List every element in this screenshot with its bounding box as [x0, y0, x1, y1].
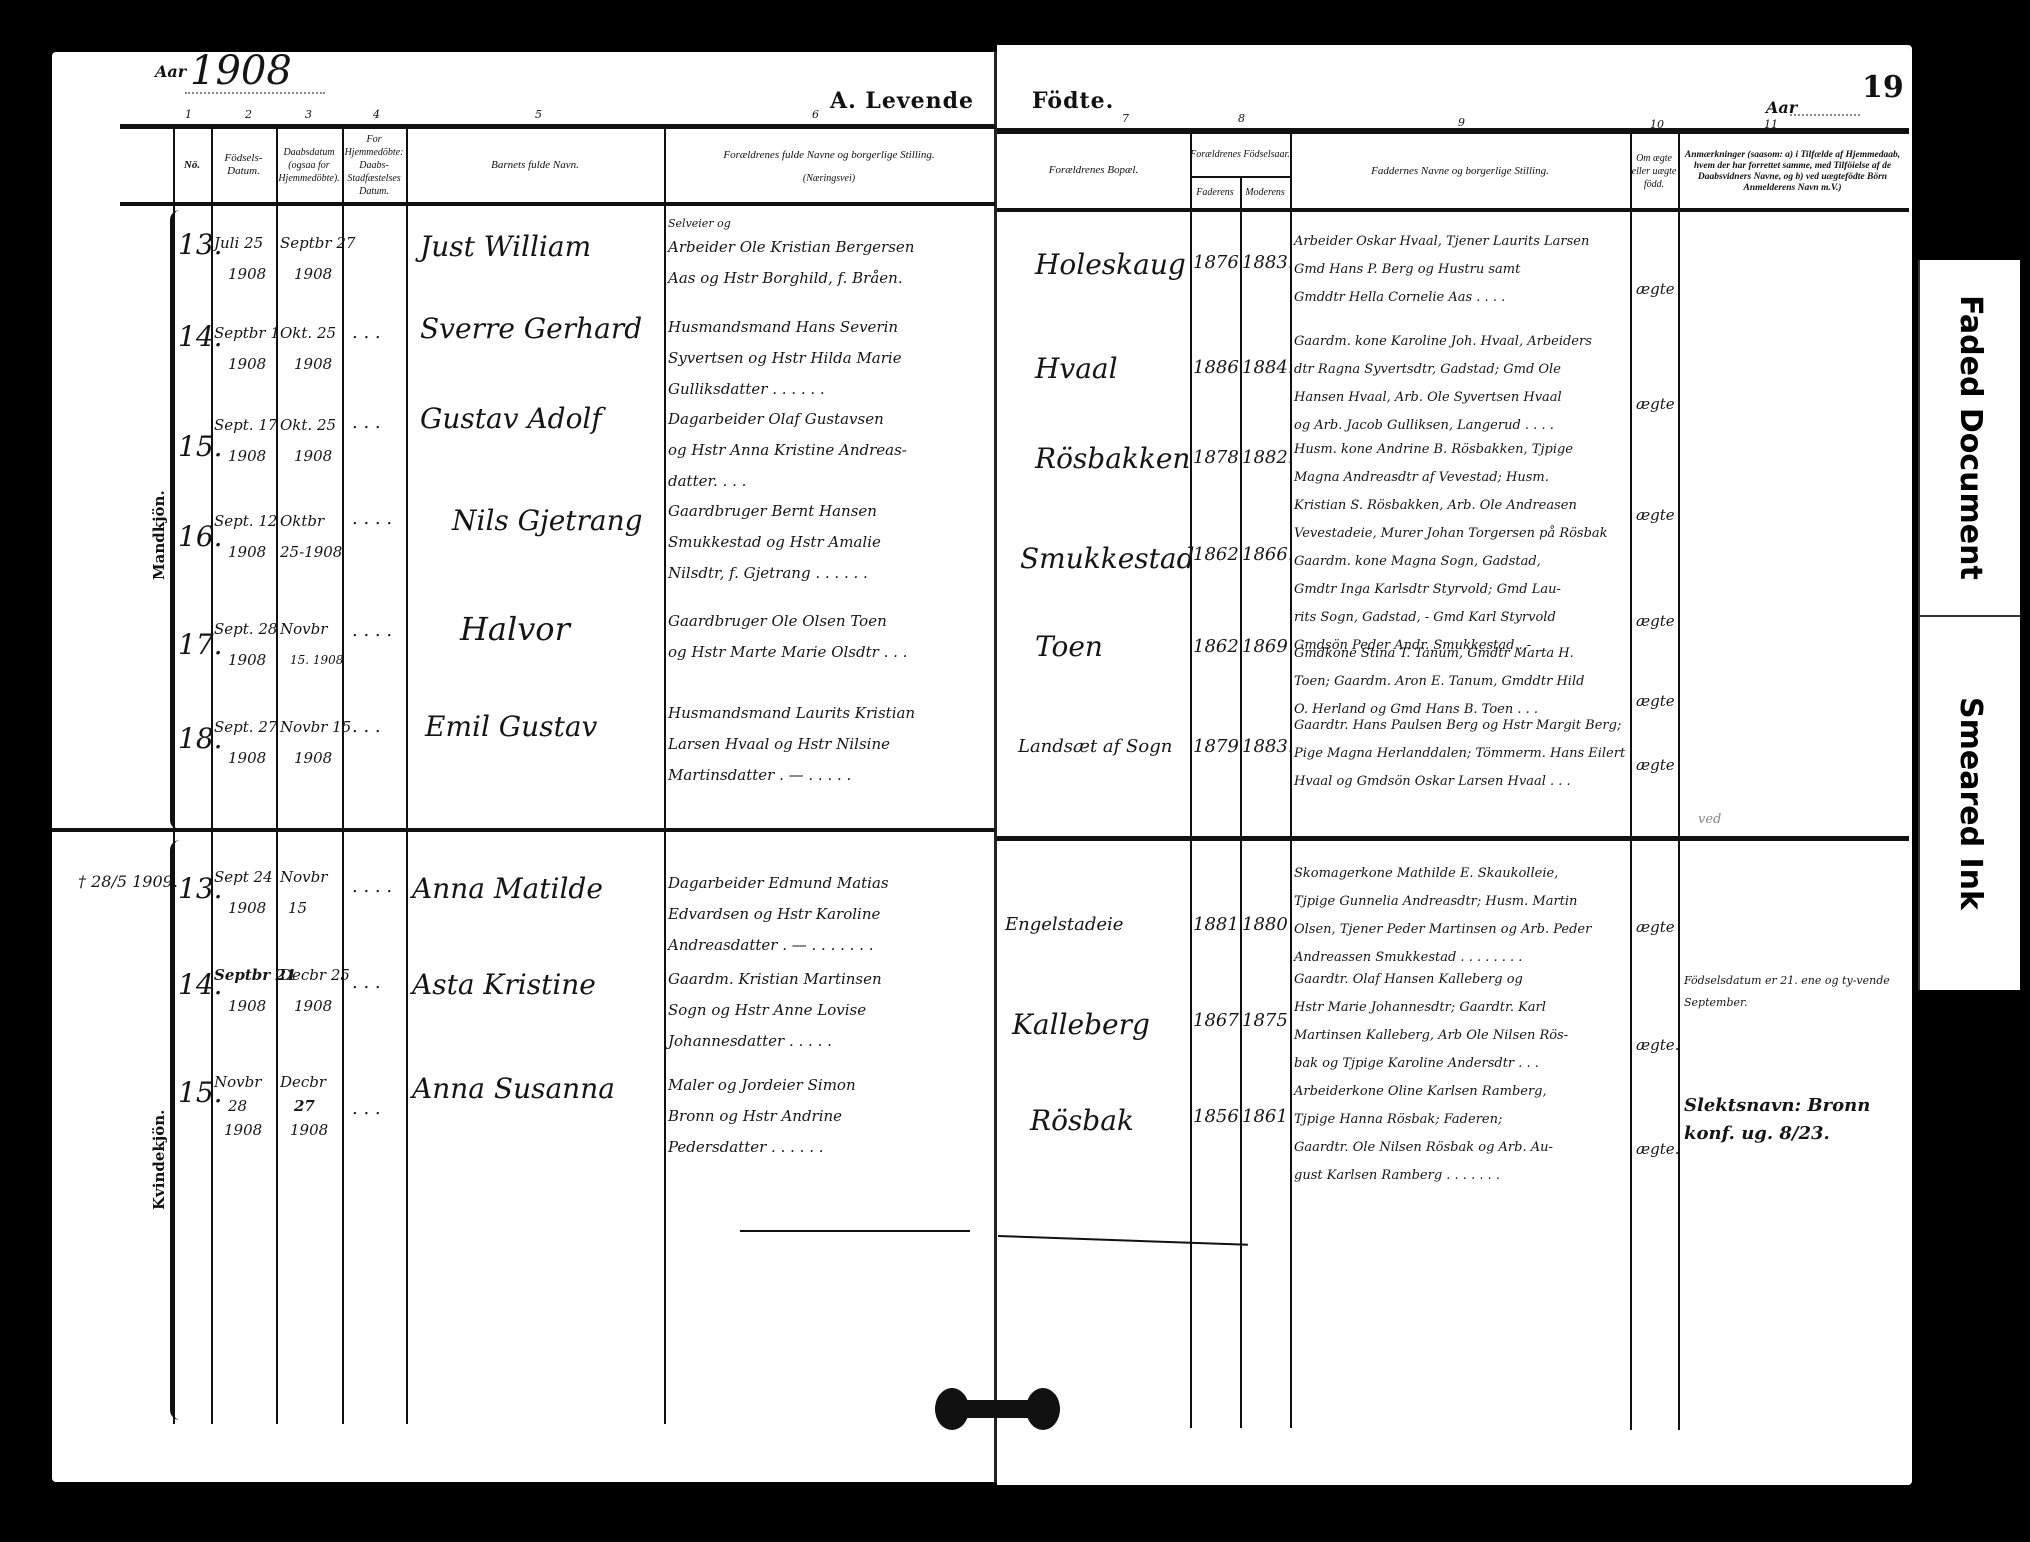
section-label-male: Mandkjön.: [150, 490, 168, 580]
home-baptism-date: . . .: [352, 322, 381, 343]
baptism-date: Okt. 251908: [280, 318, 336, 380]
father-birth-year: 1886: [1193, 357, 1239, 378]
parents: Husmandsmand Hans SeverinSyvertsen og Hs…: [668, 312, 902, 405]
parents: Dagarbeider Edmund MatiasEdvardsen og Hs…: [668, 868, 889, 961]
legitimacy: ægte: [1636, 612, 1675, 630]
death-note: † 28/5 1909.: [78, 872, 178, 891]
page-number: 19: [1862, 70, 1904, 105]
residence: Kalleberg: [1012, 1008, 1150, 1041]
header-remarks: Anmærkninger (saasom: a) i Tilfælde af H…: [1680, 134, 1905, 210]
mother-birth-year: 1882.: [1242, 447, 1294, 468]
home-baptism-date: . . .: [352, 412, 381, 433]
birth-date: Sept. 281908: [214, 614, 277, 676]
residence: Landsæt af Sogn: [1018, 736, 1172, 757]
godparents: Gaardtr. Hans Paulsen Berg og Hstr Margi…: [1294, 712, 1625, 796]
residence: Holeskaug: [1035, 248, 1186, 281]
birth-date: Sept 241908: [214, 862, 273, 924]
baptism-date: Novbr15: [280, 862, 327, 924]
header-bottom-rule: [120, 202, 995, 206]
legitimacy: ægte: [1636, 506, 1675, 524]
parents: Husmandsmand Laurits KristianLarsen Hvaa…: [668, 698, 915, 791]
column-divider: [664, 124, 666, 1424]
godparents: Gaardtr. Olaf Hansen Kalleberg ogHstr Ma…: [1294, 966, 1568, 1078]
mother-birth-year: 1866.: [1242, 544, 1294, 565]
header-parents: Forældrenes fulde Navne og borgerlige St…: [664, 140, 994, 170]
tab-label: Smeared Ink: [1953, 697, 1988, 910]
parents: Selveier ogArbeider Ole Kristian Bergers…: [668, 216, 914, 294]
baptism-date: Decbr271908: [280, 1070, 328, 1142]
parents: Gaardbruger Bernt HansenSmukkestad og Hs…: [668, 496, 881, 589]
header-home-baptized: For Hjemmedöbte: Daabs-Stadfæstelses Dat…: [342, 128, 406, 202]
father-birth-year: 1856: [1193, 1106, 1239, 1127]
sidebar: Faded Document Smeared Ink: [1918, 260, 2020, 990]
residence: Smukkestad: [1020, 542, 1195, 575]
column-divider: [211, 124, 213, 1424]
residence: Rösbak: [1030, 1104, 1134, 1137]
remark: Födselsdatum er 21. ene og ty-vende Sept…: [1684, 970, 1894, 1014]
residence: Rösbakken: [1035, 442, 1190, 475]
column-number: 8: [1238, 112, 1245, 125]
home-baptism-date: . . . .: [352, 876, 392, 897]
baptism-date: Novbr 151908: [280, 712, 351, 774]
column-number: 2: [245, 108, 252, 121]
header-birth-date: Födsels-Datum.: [211, 128, 276, 202]
home-baptism-date: . . . .: [352, 508, 392, 529]
legitimacy: ægte.: [1636, 1036, 1679, 1054]
child-name: Gustav Adolf: [420, 402, 602, 435]
mother-birth-year: 1861: [1242, 1106, 1288, 1127]
parents: Gaardm. Kristian MartinsenSogn og Hstr A…: [668, 964, 882, 1057]
baptism-date: Decbr 251908: [280, 960, 350, 1022]
godparents: Arbeider Oskar Hvaal, Tjener Laurits Lar…: [1294, 228, 1589, 312]
birth-date: Sept. 171908: [214, 410, 277, 472]
father-birth-year: 1862: [1193, 636, 1239, 657]
column-number: 6: [812, 108, 819, 121]
father-birth-year: 1862: [1193, 544, 1239, 565]
legitimacy: ægte: [1636, 280, 1675, 298]
legitimacy: ægte.: [1636, 1140, 1679, 1158]
column-number: 1: [185, 108, 192, 121]
section-divider: [52, 828, 995, 832]
baptism-date: Okt. 251908: [280, 410, 336, 472]
godparents: Gaardm. kone Karoline Joh. Hvaal, Arbeid…: [1294, 328, 1592, 440]
column-divider: [406, 124, 408, 1424]
residence: Hvaal: [1035, 352, 1118, 385]
godparents: Skomagerkone Mathilde E. Skaukolleie,Tjp…: [1294, 860, 1591, 972]
column-divider: [1630, 130, 1632, 1430]
column-number: 5: [535, 108, 542, 121]
home-baptism-date: . . .: [352, 972, 381, 993]
baptism-date: Novbr15. 1908: [280, 614, 343, 676]
child-name: Emil Gustav: [425, 710, 597, 743]
header-mother-year: Moderens: [1240, 178, 1290, 206]
legitimacy: ægte: [1636, 756, 1675, 774]
remark: Slektsnavn: Bronn konf. ug. 8/23.: [1684, 1092, 1894, 1148]
margin-note: ved: [1698, 812, 1721, 827]
column-number: 4: [373, 108, 380, 121]
birth-date: Sept. 271908: [214, 712, 277, 774]
tab-label: Faded Document: [1953, 295, 1988, 580]
mother-birth-year: 1883.: [1242, 252, 1294, 273]
section-label-female: Kvindekjön.: [150, 1110, 168, 1210]
header-baptism-date: Daabsdatum (ogsaa for Hjemmedöbte).: [276, 128, 342, 202]
column-divider: [1190, 128, 1192, 1428]
year-label: Aar: [155, 62, 186, 81]
book-spine: [994, 52, 997, 1482]
right-year-underline: [1790, 114, 1860, 116]
child-name: Anna Matilde: [412, 872, 603, 905]
year-underline: [185, 92, 325, 94]
female-brace: [170, 840, 183, 1420]
home-baptism-date: . . . .: [352, 620, 392, 641]
baptism-date: Septbr 271908: [280, 228, 355, 290]
child-name: Halvor: [460, 610, 570, 648]
header-residence: Forældrenes Bopæl.: [997, 132, 1190, 208]
godparents: Husm. kone Andrine B. Rösbakken, TjpigeM…: [1294, 436, 1608, 548]
end-line-left: [740, 1230, 970, 1232]
birth-date: Novbr281908: [214, 1070, 262, 1142]
parents: Gaardbruger Ole Olsen Toenog Hstr Marte …: [668, 606, 907, 668]
child-name: Nils Gjetrang: [452, 504, 643, 537]
header-parents-sub: (Næringsvei): [664, 168, 994, 188]
mother-birth-year: 1869: [1242, 636, 1288, 657]
column-divider: [1290, 128, 1292, 1428]
child-name: Asta Kristine: [412, 968, 596, 1001]
year-value: 1908: [190, 48, 292, 94]
register-title-left: A. Levende: [830, 88, 974, 114]
header-birth-years: Forældrenes Födselsaar.: [1190, 132, 1290, 176]
birth-date: Sept. 121908: [214, 506, 277, 568]
home-baptism-date: . . .: [352, 716, 381, 737]
header-godparents: Faddernes Navne og borgerlige Stilling.: [1290, 134, 1630, 208]
father-birth-year: 1876: [1193, 252, 1239, 273]
header-father-year: Faderens: [1190, 178, 1240, 206]
header-legitimacy: Om ægte eller uægte född.: [1630, 134, 1678, 208]
child-name: Sverre Gerhard: [420, 312, 642, 345]
godparents: Arbeiderkone Oline Karlsen Ramberg,Tjpig…: [1294, 1078, 1553, 1190]
home-baptism-date: . . .: [352, 1098, 381, 1119]
column-number: 7: [1122, 112, 1129, 125]
birth-date: Septbr 11908: [214, 318, 280, 380]
legitimacy: ægte: [1636, 918, 1675, 936]
residence: Toen: [1035, 630, 1103, 663]
section-divider-right: [997, 836, 1909, 841]
header-child-name: Barnets fulde Navn.: [406, 128, 664, 202]
column-number: 3: [305, 108, 312, 121]
mother-birth-year: 1880: [1242, 914, 1288, 935]
legitimacy: ægte: [1636, 692, 1675, 710]
residence: Engelstadeie: [1005, 914, 1123, 935]
tab-faded-document[interactable]: Faded Document: [1920, 260, 2020, 615]
father-birth-year: 1878: [1193, 447, 1239, 468]
baptism-date: Oktbr25-1908: [280, 506, 342, 568]
parents: Dagarbeider Olaf Gustavsenog Hstr Anna K…: [668, 404, 907, 497]
header-no: Nö.: [173, 128, 211, 202]
father-birth-year: 1879: [1193, 736, 1239, 757]
column-divider: [1678, 130, 1680, 1430]
parents: Maler og Jordeier SimonBronn og Hstr And…: [668, 1070, 856, 1163]
book-clasp: [935, 1400, 1060, 1418]
mother-birth-year: 1884.: [1242, 357, 1294, 378]
child-name: Just William: [420, 230, 591, 263]
tab-smeared-ink[interactable]: Smeared Ink: [1920, 617, 2020, 990]
legitimacy: ægte: [1636, 395, 1675, 413]
child-name: Anna Susanna: [412, 1072, 615, 1105]
birth-date: Juli 251908: [214, 228, 266, 290]
father-birth-year: 1867: [1193, 1010, 1239, 1031]
father-birth-year: 1881: [1193, 914, 1239, 935]
mother-birth-year: 1883.: [1242, 736, 1294, 757]
column-divider: [342, 124, 344, 1424]
register-title-right: Födte.: [1032, 88, 1114, 114]
mother-birth-year: 1875: [1242, 1010, 1288, 1031]
